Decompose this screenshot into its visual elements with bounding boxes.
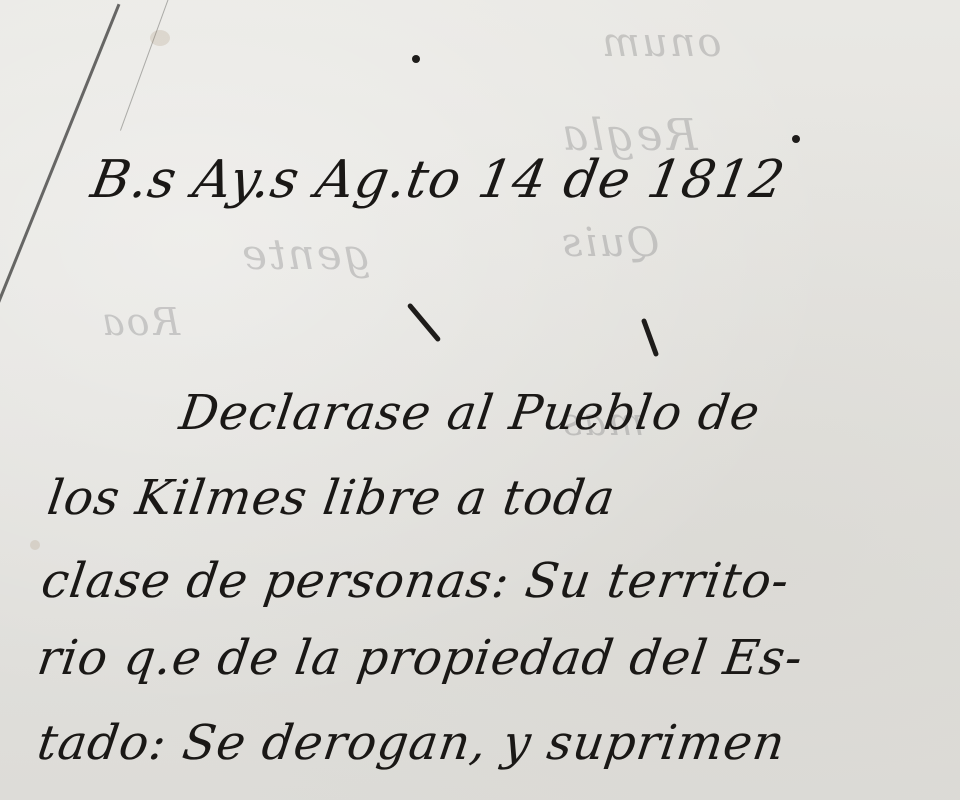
ink-stroke [407,303,442,343]
manuscript-line: Declarase al Pueblo de [176,385,764,441]
paper-stain [150,30,170,46]
manuscript-page: onum Regla Quis gente Roa mas B.s Ay.s A… [0,0,960,800]
manuscript-line: tado: Se derogan, y suprimen [34,715,789,771]
bleed-through-text: Roa [100,300,180,344]
manuscript-line: los Kilmes libre a toda [44,470,619,526]
document-heading-date: B.s Ay.s Ag.to 14 de 1812 [87,150,790,210]
bleed-through-text: onum [600,20,722,66]
ink-stroke [641,318,659,357]
ink-mark [412,55,420,63]
manuscript-line: rio q.e de la propiedad del Es- [34,630,807,686]
bleed-through-text: gente [240,230,371,279]
manuscript-line: clase de personas: Su territo- [38,553,793,609]
ink-mark [792,135,800,143]
bleed-through-text: Quis [560,220,660,266]
paper-stain [30,540,40,550]
